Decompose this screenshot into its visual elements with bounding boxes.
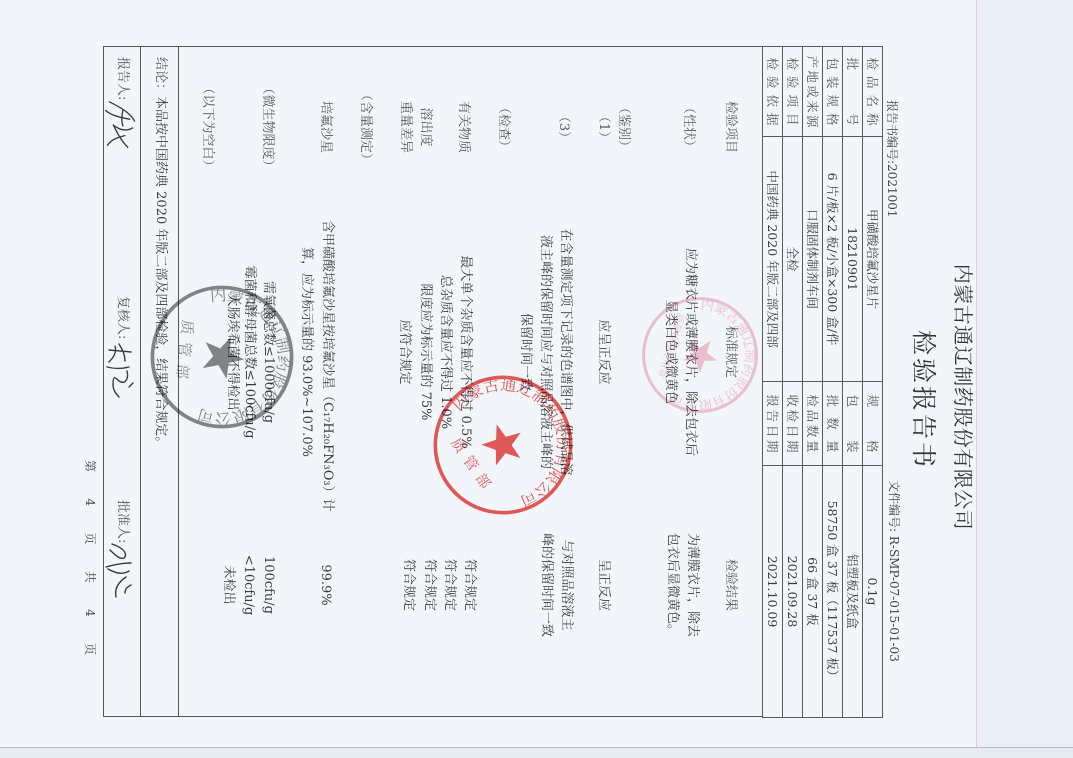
page-unit: 页 (83, 532, 97, 544)
star-icon (477, 416, 533, 472)
reporter-signature (103, 96, 139, 154)
file-number-value: R-SMP-07-015-01-03 (887, 536, 901, 662)
page-number: 第 4 页 共 4 页 (83, 460, 97, 655)
file-number: 文件编号: R-SMP-07-015-01-03 (887, 480, 901, 662)
test-item: （3） (555, 47, 571, 207)
table-row: 检验依据 中国药典 2020 年版二部及四部 报告日期 2021.10.09 (763, 47, 783, 718)
info-value: 铝塑板及纸盒 (843, 466, 863, 718)
total-pages: 4 (83, 609, 97, 617)
result-text: 呈正反应 (595, 480, 611, 690)
star-icon (202, 334, 246, 380)
file-number-label: 文件编号: (887, 480, 901, 532)
info-value: 6 片/板×2 板/小盒×300 盒/件 (823, 137, 843, 382)
result-text: 与对照品溶液主 (558, 480, 574, 690)
info-label: 包装 (843, 395, 862, 453)
report-number-label: 报告书编号: (885, 100, 899, 164)
scan-edge (0, 747, 1073, 758)
total-unit: 页 (83, 643, 97, 655)
result-text: 符合规定 (441, 480, 457, 690)
svg-text:质管部: 质管部 (172, 319, 196, 387)
result-text: 未检出 (220, 480, 236, 690)
sample-info-table: 检品名称 甲磺酸培氟沙星片 规格 0.1g 批号 18210901 包装 铝塑板… (762, 46, 883, 718)
info-value: 2021.10.09 (763, 466, 783, 718)
info-label: 产地或来源 (803, 56, 822, 128)
info-value: 58750 盒 37 板（117537 板） (823, 466, 843, 718)
info-label: 规格 (863, 395, 882, 453)
result-text: 峰的保留时间一致 (538, 480, 554, 690)
info-label: 检验项目 (783, 58, 802, 126)
result-text: 为薄膜衣片，除去 (684, 480, 700, 690)
info-value: 全检 (783, 137, 803, 382)
table-row: 检品名称 甲磺酸培氟沙星片 规格 0.1g (863, 47, 883, 718)
result-text: 符合规定 (400, 480, 416, 690)
approver-signature (103, 540, 137, 602)
reviewer-signature (104, 340, 136, 400)
standard-text: 算，应为标示量的 93.0%~107.0% (298, 220, 314, 484)
conclusion-label: 结论： (153, 57, 168, 96)
column-header-item: 检验项目 (722, 47, 738, 207)
current-page: 4 (83, 498, 97, 506)
info-value: 口服固体制剂车间 (803, 137, 823, 382)
info-label: 收检日期 (783, 395, 802, 453)
info-value: 甲磺酸培氟沙星片 (863, 137, 883, 382)
standard-text: 应符合规定 (396, 220, 412, 484)
test-item: （性状） (680, 47, 696, 207)
report-number-value: 2021001 (885, 164, 899, 217)
standard-text: 应呈正反应 (595, 220, 611, 484)
stamp-seal-icon: 内蒙古通辽制药股份有限公司 质管部 (141, 276, 304, 439)
table-row: 检验项目 全检 收检日期 2021.09.28 (783, 47, 803, 718)
info-label: 包装规格 (823, 58, 842, 126)
info-value: 0.1g (863, 466, 883, 718)
scan-top-margin (976, 0, 1073, 758)
test-section: （检查） (495, 47, 511, 207)
info-value: 66 盒 37 板 (803, 466, 823, 718)
test-item: （微生物限度） (259, 47, 275, 207)
test-section: （含量测定） (357, 47, 373, 207)
info-label: 检品数量 (803, 395, 822, 453)
inspection-report-page: 内蒙古通辽制药股份有限公司 检验报告书 报告书编号:2021001 文件编号: … (0, 0, 1073, 758)
info-value: 2021.09.28 (783, 466, 803, 718)
info-label: 批号 (843, 58, 862, 126)
report-number: 报告书编号:2021001 (885, 100, 899, 218)
test-item: 培氟沙星 (317, 47, 333, 207)
result-text: 包衣后显微黄色。 (664, 480, 680, 690)
test-item: 重量差异 (397, 47, 413, 207)
result-text: 99.9% (317, 480, 333, 690)
table-row: 包装规格 6 片/板×2 板/小盒×300 盒/件 批数量 58750 盒 37… (823, 47, 843, 718)
document-title: 检验报告书 (908, 250, 938, 550)
test-item: 溶出度 (417, 47, 433, 207)
column-header-result: 检验结果 (722, 480, 738, 690)
result-text: <10cfu/g (240, 480, 256, 690)
result-text: 符合规定 (421, 480, 437, 690)
divider (140, 46, 141, 717)
table-row: 批号 18210901 包装 铝塑板及纸盒 (843, 47, 863, 718)
total-prefix: 共 (83, 571, 97, 583)
test-item: 有关物质 (455, 47, 471, 207)
approver-label: 批准人: (114, 500, 130, 543)
info-value: 18210901 (843, 137, 863, 382)
test-section: （鉴别） (615, 47, 631, 207)
info-label: 批数量 (823, 395, 842, 453)
info-label: 检品名称 (863, 58, 882, 126)
company-name: 内蒙古通辽制药股份有限公司 (951, 240, 975, 554)
reviewer-label: 复核人: (114, 296, 130, 339)
reporter-label: 报告人: (114, 57, 130, 100)
page-prefix: 第 (83, 460, 97, 472)
result-text: 100cfu/g (260, 480, 276, 690)
info-label: 检验依据 (763, 58, 782, 126)
star-icon (681, 334, 723, 377)
svg-text:质量检验专用章: 质量检验专用章 (655, 312, 687, 380)
test-item: （1） (595, 47, 611, 207)
table-row: 产地或来源 口服固体制剂车间 检品数量 66 盒 37 板 (803, 47, 823, 718)
quality-department-stamp-grey: 内蒙古通辽制药股份有限公司 质管部 (141, 276, 304, 439)
blank-below-note: （以下为空白） (199, 47, 215, 207)
info-label: 报告日期 (763, 395, 782, 453)
standard-text: 含甲磺酸培氟沙星按培氟沙星（C₁₇H₂₀FN₃O₃）计 (319, 220, 335, 484)
